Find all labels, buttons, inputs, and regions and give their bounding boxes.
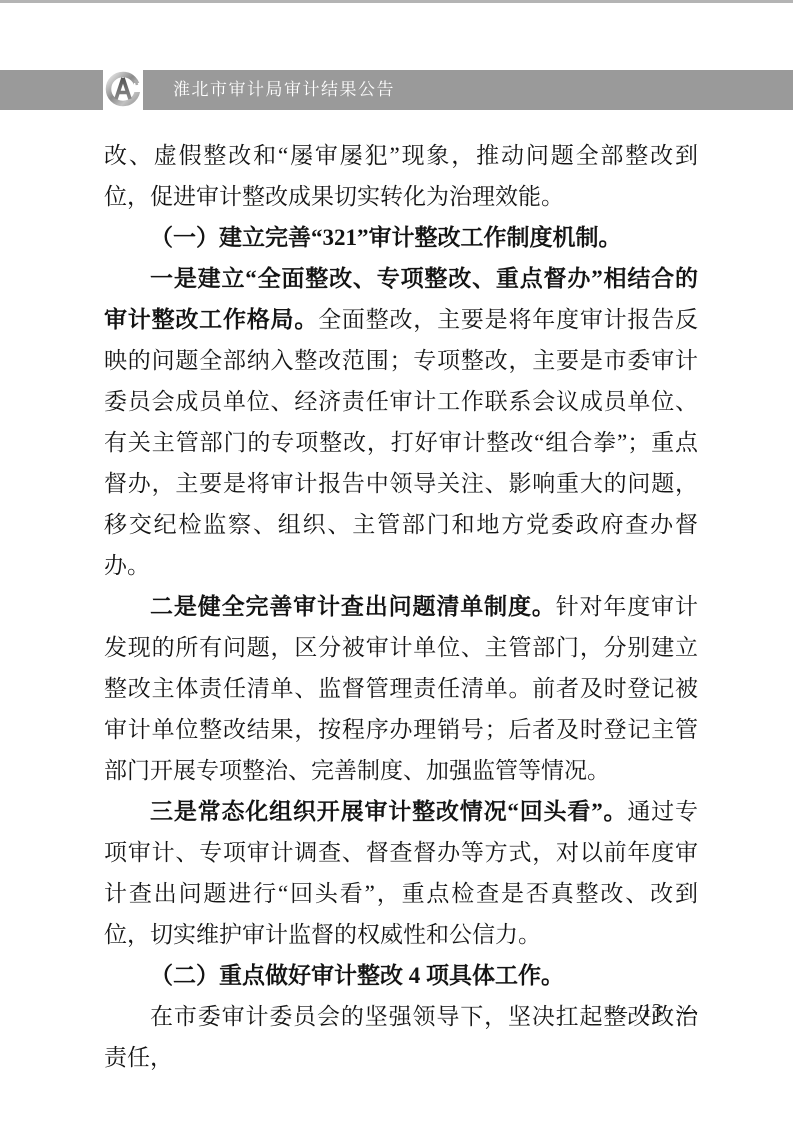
paragraph-bold-segment: 二是健全完善审计查出问题清单制度。 — [150, 594, 556, 619]
paragraph: 二是健全完善审计查出问题清单制度。针对年度审计发现的所有问题，区分被审计单位、主… — [104, 586, 698, 791]
header-banner: 淮北市审计局审计结果公告 — [0, 70, 793, 110]
top-rule — [0, 0, 793, 3]
paragraph: 一是建立“全面整改、专项整改、重点督办”相结合的审计整改工作格局。全面整改，主要… — [104, 258, 698, 586]
paragraph-bold-segment: （一）建立完善“321”审计整改工作制度机制。 — [150, 225, 622, 250]
paragraph: 三是常态化组织开展审计整改情况“回头看”。通过专项审计、专项审计调查、督查督办等… — [104, 791, 698, 955]
paragraph-segment: 全面整改，主要是将年度审计报告反映的问题全部纳入整改范围；专项整改，主要是市委审… — [104, 307, 698, 578]
paragraph-segment: 改、虚假整改和“屡审屡犯”现象，推动问题全部整改到位，促进审计整改成果切实转化为… — [104, 143, 698, 209]
banner-title: 淮北市审计局审计结果公告 — [173, 70, 395, 110]
document-page: 淮北市审计局审计结果公告 改、虚假整改和“屡审屡犯”现象，推动问题全部整改到位，… — [0, 0, 793, 1122]
paragraph-bold-segment: 三是常态化组织开展审计整改情况“回头看”。 — [150, 799, 627, 824]
document-body: 改、虚假整改和“屡审屡犯”现象，推动问题全部整改到位，促进审计整改成果切实转化为… — [104, 135, 698, 1078]
audit-emblem-icon — [105, 71, 141, 107]
paragraph-segment: 针对年度审计发现的所有问题，区分被审计单位、主管部门，分别建立整改主体责任清单、… — [104, 594, 698, 783]
page-number: — 13 — — [607, 1000, 697, 1023]
paragraph: 改、虚假整改和“屡审屡犯”现象，推动问题全部整改到位，促进审计整改成果切实转化为… — [104, 135, 698, 217]
paragraph: （二）重点做好审计整改 4 项具体工作。 — [104, 955, 698, 996]
logo-box — [103, 62, 143, 115]
paragraph: （一）建立完善“321”审计整改工作制度机制。 — [104, 217, 698, 258]
paragraph-bold-segment: （二）重点做好审计整改 4 项具体工作。 — [150, 963, 564, 988]
